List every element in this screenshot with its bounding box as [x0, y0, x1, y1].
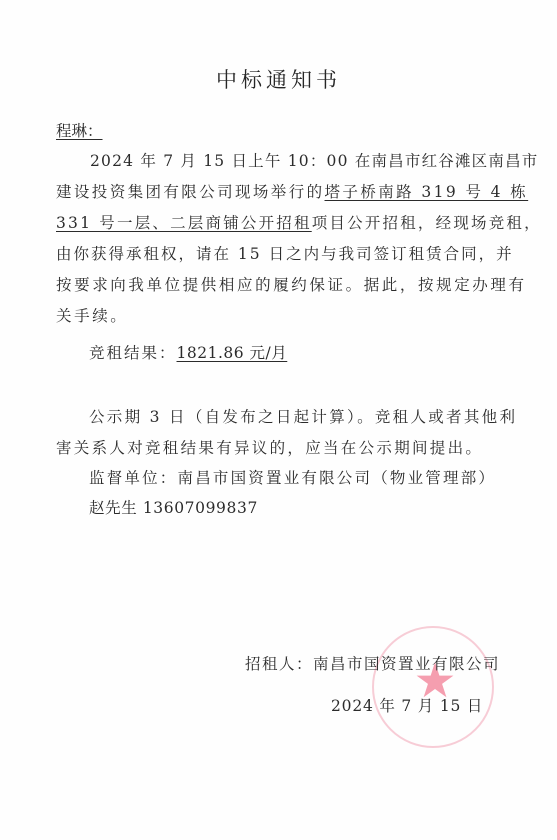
property-address-part2: 331 号一层、二层商铺公开招租	[56, 214, 312, 232]
paragraph1-line1-text: 2024 年 7 月 15 日上午 10：00 在南昌市红谷滩区南昌市	[90, 152, 538, 170]
paragraph1-line6: 关手续。	[56, 304, 128, 326]
paragraph1-line2: 建设投资集团有限公司现场举行的塔子桥南路 319 号 4 栋	[56, 180, 528, 202]
addressee: 程琳：	[56, 119, 103, 141]
document-title: 中标通知书	[0, 64, 557, 94]
paragraph1-line1: 2024 年 7 月 15 日上午 10：00 在南昌市红谷滩区南昌市	[90, 149, 540, 171]
bid-result: 竞租结果：1821.86 元/月	[89, 341, 287, 363]
supervisor-line: 监督单位：南昌市国资置业有限公司（物业管理部）	[89, 466, 496, 488]
paragraph1-line2-plain: 建设投资集团有限公司现场举行的	[56, 183, 325, 201]
notice-line1: 公示期 3 日（自发布之日起计算）。竞租人或者其他利	[89, 405, 517, 427]
paragraph1-line5: 按要求向我单位提供相应的履约保证。据此，按规定办理有	[56, 273, 527, 295]
notice-line2: 害关系人对竞租结果有异议的，应当在公示期间提出。	[56, 436, 483, 458]
signature-date: 2024 年 7 月 15 日	[331, 694, 483, 716]
paragraph1-line3-plain: 项目公开招租，经现场竞租，	[312, 214, 542, 232]
bid-result-value: 1821.86 元/月	[177, 344, 288, 362]
bid-result-label: 竞租结果：	[89, 344, 177, 362]
document-page: 中标通知书 程琳： 2024 年 7 月 15 日上午 10：00 在南昌市红谷…	[0, 0, 557, 840]
lessor-signature: 招租人：南昌市国资置业有限公司	[245, 652, 500, 674]
company-seal-stamp: ★	[372, 626, 494, 748]
paragraph1-line3: 331 号一层、二层商铺公开招租项目公开招租，经现场竞租，	[56, 211, 542, 233]
supervisor-contact: 赵先生 13607099837	[89, 496, 258, 518]
paragraph1-line4: 由你获得承租权，请在 15 日之内与我司签订租赁合同，并	[56, 242, 514, 264]
property-address-part1: 塔子桥南路 319 号 4 栋	[325, 183, 529, 201]
